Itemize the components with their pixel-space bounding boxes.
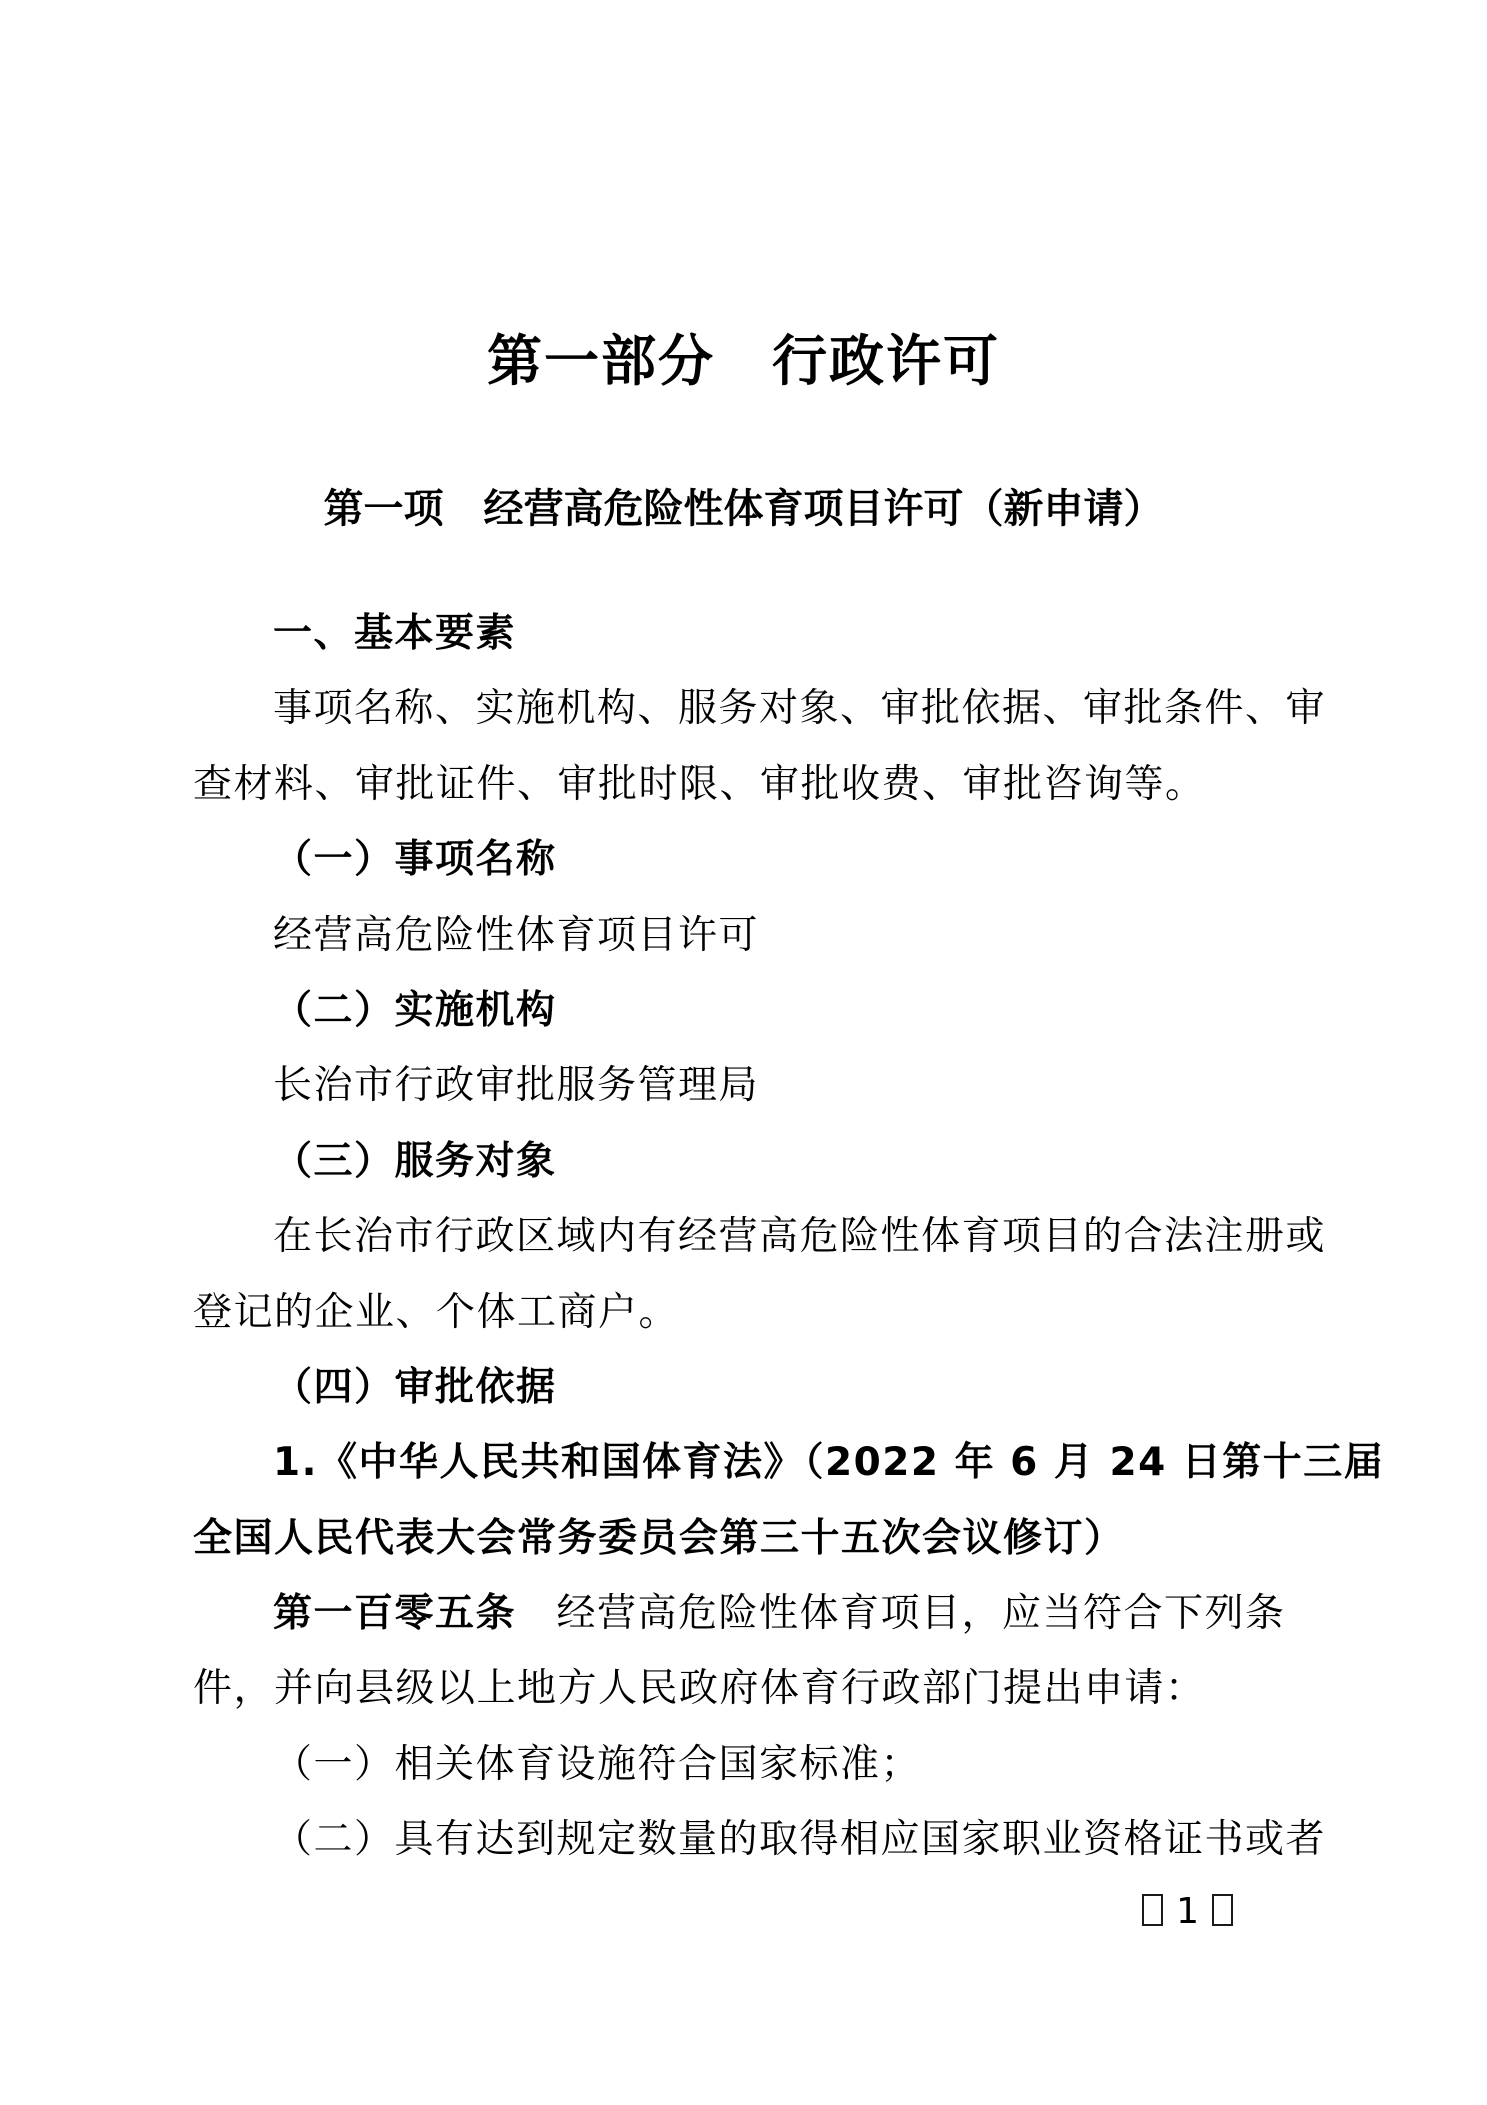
missing-glyph-box bbox=[1142, 1894, 1163, 1926]
document-line: （一）相关体育设施符合国家标准； bbox=[193, 1727, 1297, 1802]
document-line: 第一百零五条 经营高危险性体育项目，应当符合下列条 bbox=[193, 1576, 1297, 1651]
document-line: 事项名称、实施机构、服务对象、审批依据、审批条件、审 bbox=[193, 671, 1297, 746]
document-line: （四）审批依据 bbox=[193, 1350, 1297, 1425]
document-line: 1.《中华人民共和国体育法》（2022 年 6 月 24 日第十三届 bbox=[193, 1425, 1297, 1500]
document-line: 长治市行政审批服务管理局 bbox=[193, 1048, 1297, 1123]
document-line: （一）事项名称 bbox=[193, 822, 1297, 897]
document-line: 在长治市行政区域内有经营高危险性体育项目的合法注册或 bbox=[193, 1199, 1297, 1274]
document-subtitle: 第一项 经营高危险性体育项目许可（新申请） bbox=[0, 483, 1487, 535]
text-run: 经营高危险性体育项目，应当符合下列条 bbox=[516, 1591, 1286, 1636]
text-run: 第一百零五条 bbox=[273, 1590, 516, 1636]
document-line: 查材料、审批证件、审批时限、审批收费、审批咨询等。 bbox=[193, 747, 1297, 822]
document-title: 第一部分 行政许可 bbox=[0, 328, 1487, 394]
missing-glyph-box bbox=[1212, 1894, 1233, 1926]
document-line: （二）实施机构 bbox=[193, 973, 1297, 1048]
document-line: （二）具有达到规定数量的取得相应国家职业资格证书或者 bbox=[193, 1802, 1297, 1877]
page-number: 1 bbox=[1176, 1890, 1199, 1934]
document-line: 一、基本要素 bbox=[193, 596, 1297, 671]
document-page: 第一部分 行政许可 第一项 经营高危险性体育项目许可（新申请） 一、基本要素事项… bbox=[0, 0, 1487, 2105]
page-footer: 1 bbox=[193, 1890, 1246, 1934]
document-lines: 一、基本要素事项名称、实施机构、服务对象、审批依据、审批条件、审查材料、审批证件… bbox=[193, 596, 1297, 1878]
document-line: 经营高危险性体育项目许可 bbox=[193, 898, 1297, 973]
document-line: 全国人民代表大会常务委员会第三十五次会议修订） bbox=[193, 1501, 1297, 1576]
document-line: （三）服务对象 bbox=[193, 1124, 1297, 1199]
document-line: 登记的企业、个体工商户。 bbox=[193, 1275, 1297, 1350]
document-line: 件，并向县级以上地方人民政府体育行政部门提出申请： bbox=[193, 1651, 1297, 1726]
